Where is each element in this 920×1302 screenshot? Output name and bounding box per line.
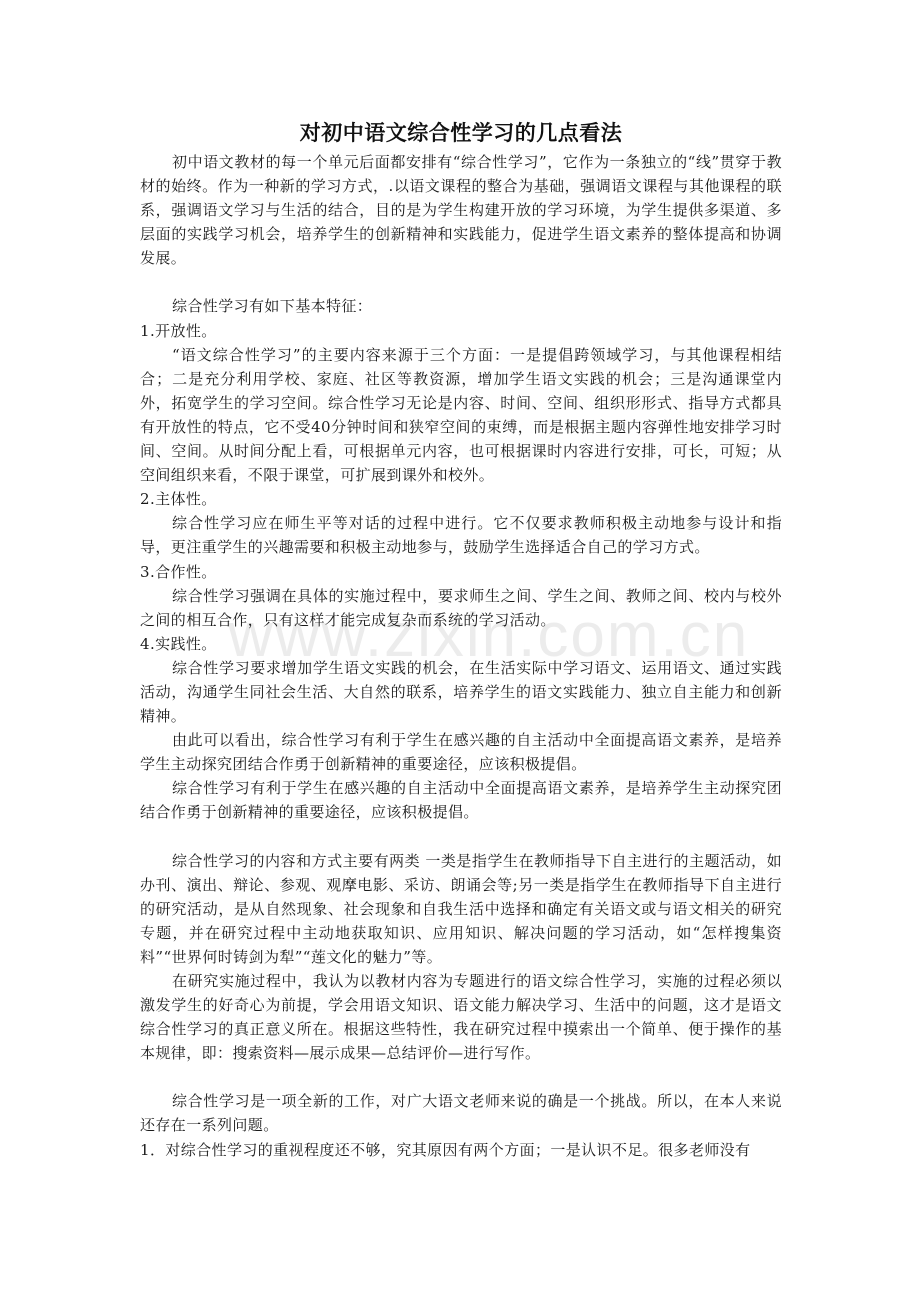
paragraph-content-types: 综合性学习的内容和方式主要有两类 一类是指学生在教师指导下自主进行的主题活动，如…	[140, 849, 782, 969]
paragraph-intro: 初中语文教材的每一个单元后面都安排有“综合性学习”，它作为一条独立的“线”贯穿于…	[140, 150, 782, 270]
document-title: 对初中语文综合性学习的几点看法	[140, 118, 782, 148]
paragraph-subjectivity: 综合性学习应在师生平等对话的过程中进行。它不仅要求教师积极主动地参与设计和指导，…	[140, 511, 782, 559]
paragraph-problem-1: 1．对综合性学习的重视程度还不够，究其原因有两个方面；一是认识不足。很多老师没有	[140, 1138, 782, 1162]
paragraph-features-intro: 综合性学习有如下基本特征：	[140, 294, 782, 318]
blank-line	[140, 270, 782, 294]
heading-subjectivity: 2.主体性。	[140, 487, 782, 511]
paragraph-implementation: 在研究实施过程中，我认为以教材内容为专题进行的语文综合性学习，实施的过程必须以激…	[140, 969, 782, 1065]
blank-line	[140, 1065, 782, 1089]
heading-openness: 1.开放性。	[140, 319, 782, 343]
paragraph-cooperation: 综合性学习强调在具体的实施过程中，要求师生之间、学生之间、教师之间、校内与校外之…	[140, 584, 782, 632]
heading-cooperation: 3.合作性。	[140, 560, 782, 584]
document-page: 对初中语文综合性学习的几点看法 初中语文教材的每一个单元后面都安排有“综合性学习…	[140, 118, 782, 1162]
paragraph-practice: 综合性学习要求增加学生语文实践的机会，在生活实际中学习语文、运用语文、通过实践活…	[140, 656, 782, 728]
paragraph-openness: “语文综合性学习”的主要内容来源于三个方面：一是提倡跨领域学习，与其他课程相结合…	[140, 343, 782, 488]
paragraph-conclusion-2: 综合性学习有利于学生在感兴趣的自主活动中全面提高语文素养，是培养学生主动探究团结…	[140, 776, 782, 824]
paragraph-conclusion-1: 由此可以看出，综合性学习有利于学生在感兴趣的自主活动中全面提高语文素养，是培养学…	[140, 728, 782, 776]
heading-practice: 4.实践性。	[140, 632, 782, 656]
paragraph-problems-intro: 综合性学习是一项全新的工作，对广大语文老师来说的确是一个挑战。所以，在本人来说还…	[140, 1089, 782, 1137]
blank-line	[140, 825, 782, 849]
